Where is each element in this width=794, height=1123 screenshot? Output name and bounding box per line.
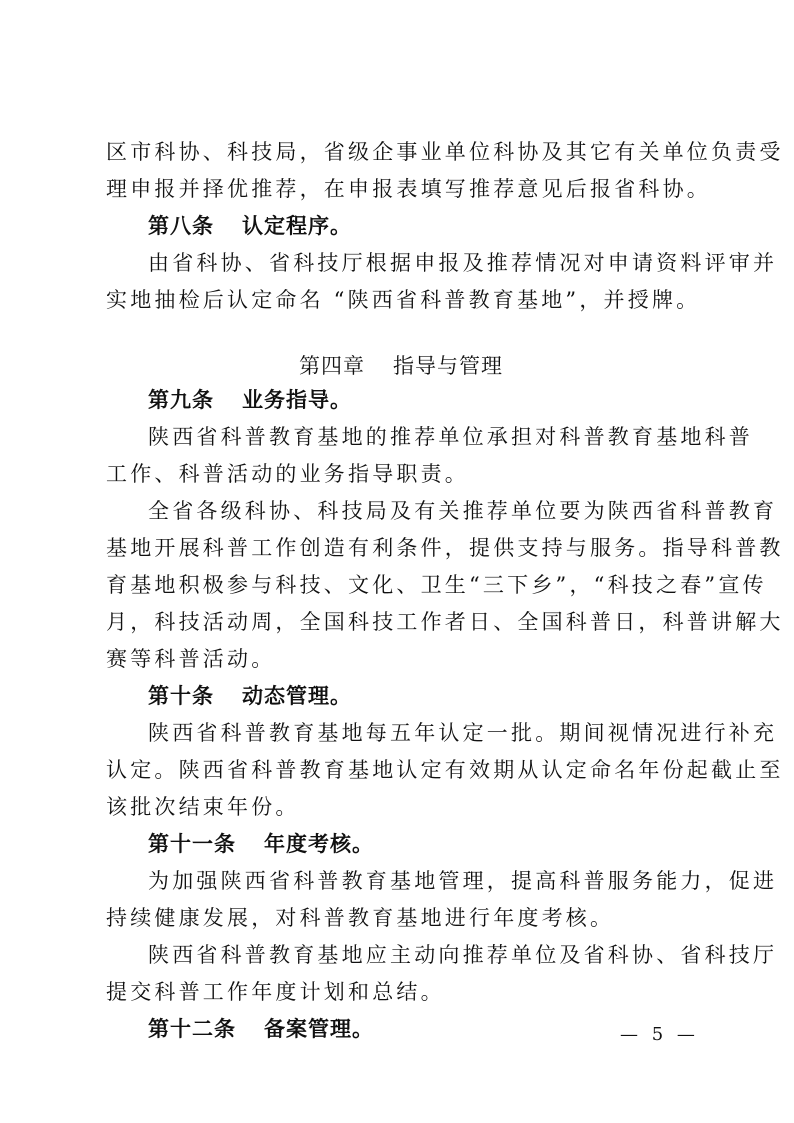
article-number: 第十二条 [148,1017,236,1041]
article-heading-8: 第八条认定程序。 [148,211,352,241]
page-number: — 5 — [620,1024,699,1045]
article-number: 第十一条 [148,832,236,856]
paragraph-line: 实地抽检后认定命名 “陕西省科普教育基地”，并授牌。 [106,285,700,315]
paragraph-line: 持续健康发展，对科普教育基地进行年度考核。 [106,903,614,933]
paragraph-line: 基地开展科普工作创造有利条件，提供支持与服务。指导科普教 [106,533,784,563]
paragraph-line: 陕西省科普教育基地每五年认定一批。期间视情况进行补充 [148,718,777,748]
article-title: 年度考核。 [264,832,374,856]
paragraph-line: 全省各级科协、科技局及有关推荐单位要为陕西省科普教育 [148,496,777,526]
article-heading-9: 第九条业务指导。 [148,385,352,415]
paragraph-line: 月，科技活动周，全国科技工作者日、全国科普日，科普讲解大 [106,607,784,637]
article-heading-12: 第十二条备案管理。 [148,1014,374,1044]
paragraph-line: 陕西省科普教育基地应主动向推荐单位及省科协、省科技厅 [148,940,777,970]
article-title: 认定程序。 [242,214,352,238]
article-title: 业务指导。 [242,388,352,412]
chapter-title: 指导与管理 [393,354,503,378]
article-heading-10: 第十条动态管理。 [148,681,352,711]
chapter-heading: 第四章指导与管理 [299,351,503,381]
paragraph-line: 为加强陕西省科普教育基地管理，提高科普服务能力，促进 [148,866,777,896]
paragraph-line: 认定。陕西省科普教育基地认定有效期从认定命名年份起截止至 [106,755,784,785]
article-number: 第十条 [148,684,214,708]
paragraph-line: 工作、科普活动的业务指导职责。 [106,459,469,489]
paragraph-line: 该批次结束年份。 [106,792,300,822]
chapter-number: 第四章 [299,354,365,378]
paragraph-line: 赛等科普活动。 [106,644,275,674]
paragraph-line: 育基地积极参与科技、文化、卫生“三下乡”，“科技之春”宣传 [106,570,767,600]
article-heading-11: 第十一条年度考核。 [148,829,374,859]
paragraph-line: 由省科协、省科技厅根据申报及推荐情况对申请资料评审并 [148,248,777,278]
paragraph-line: 陕西省科普教育基地的推荐单位承担对科普教育基地科普 [148,422,753,452]
article-title: 备案管理。 [264,1017,374,1041]
article-number: 第八条 [148,214,214,238]
article-number: 第九条 [148,388,214,412]
paragraph-line: 提交科普工作年度计划和总结。 [106,977,445,1007]
article-title: 动态管理。 [242,684,352,708]
paragraph-line: 区市科协、科技局，省级企事业单位科协及其它有关单位负责受 [106,137,784,167]
paragraph-line: 理申报并择优推荐，在申报表填写推荐意见后报省科协。 [106,174,711,204]
